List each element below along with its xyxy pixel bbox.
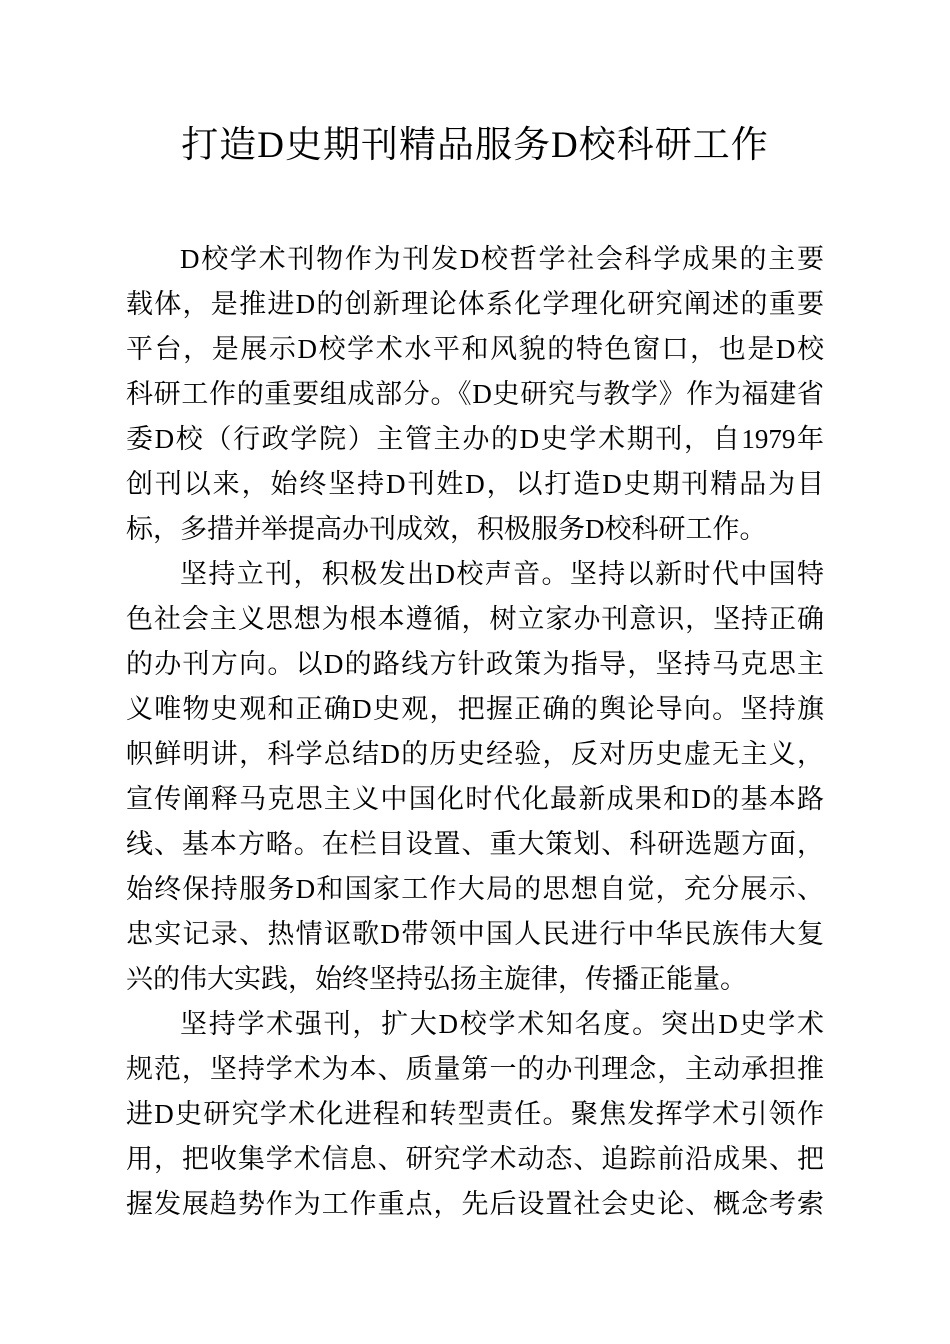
text-line: 握发展趋势作为工作重点，先后设置社会史论、概念考索 [126, 1182, 824, 1227]
text-line: 坚持学术强刊，扩大D校学术知名度。突出D史学术 [126, 1002, 824, 1047]
text-line: 坚持立刊，积极发出D校声音。坚持以新时代中国特 [126, 552, 824, 597]
text-line: 载体，是推进D的创新理论体系化学理化研究阐述的重要 [126, 282, 824, 327]
text-line: 科研工作的重要组成部分。《D史研究与教学》作为福建省 [126, 372, 824, 417]
document-page: 打造D史期刊精品服务D校科研工作 D校学术刊物作为刊发D校哲学社会科学成果的主要… [0, 0, 950, 1344]
text-line: 线、基本方略。在栏目设置、重大策划、科研选题方面， [126, 822, 824, 867]
text-line: 义唯物史观和正确D史观，把握正确的舆论导向。坚持旗 [126, 687, 824, 732]
text-line: 帜鲜明讲，科学总结D的历史经验，反对历史虚无主义， [126, 732, 824, 777]
text-line: 进D史研究学术化进程和转型责任。聚焦发挥学术引领作 [126, 1092, 824, 1137]
document-title: 打造D史期刊精品服务D校科研工作 [126, 120, 824, 172]
text-line: 标，多措并举提高办刊成效，积极服务D校科研工作。 [126, 507, 824, 552]
text-line: 的办刊方向。以D的路线方针政策为指导，坚持马克思主 [126, 642, 824, 687]
text-line: 兴的伟大实践，始终坚持弘扬主旋律，传播正能量。 [126, 957, 824, 1002]
text-line: 规范，坚持学术为本、质量第一的办刊理念，主动承担推 [126, 1047, 824, 1092]
text-line: 用，把收集学术信息、研究学术动态、追踪前沿成果、把 [126, 1137, 824, 1182]
text-line: 宣传阐释马克思主义中国化时代化最新成果和D的基本路 [126, 777, 824, 822]
text-line: 色社会主义思想为根本遵循，树立家办刊意识，坚持正确 [126, 597, 824, 642]
text-line: 始终保持服务D和国家工作大局的思想自觉，充分展示、 [126, 867, 824, 912]
text-line: 创刊以来，始终坚持D刊姓D，以打造D史期刊精品为目 [126, 462, 824, 507]
text-line: 平台，是展示D校学术水平和风貌的特色窗口，也是D校 [126, 327, 824, 372]
document-body: D校学术刊物作为刊发D校哲学社会科学成果的主要载体，是推进D的创新理论体系化学理… [126, 237, 824, 1227]
text-line: D校学术刊物作为刊发D校哲学社会科学成果的主要 [126, 237, 824, 282]
text-line: 委D校（行政学院）主管主办的D史学术期刊，自1979年 [126, 417, 824, 462]
text-line: 忠实记录、热情讴歌D带领中国人民进行中华民族伟大复 [126, 912, 824, 957]
